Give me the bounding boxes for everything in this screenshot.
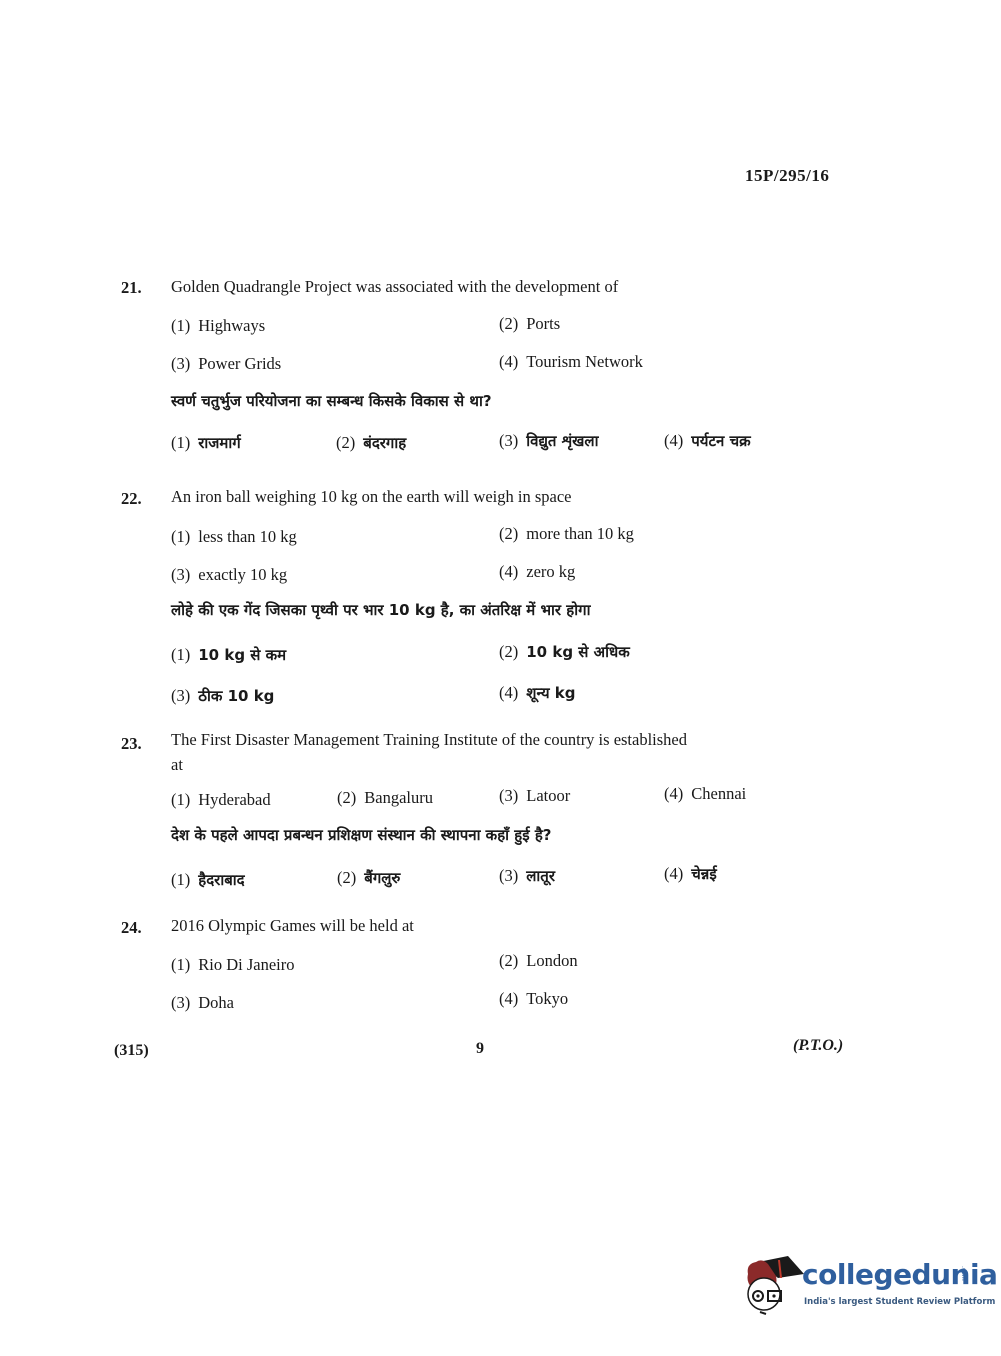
option: (4)Chennai bbox=[664, 784, 746, 804]
option: (3)exactly 10 kg bbox=[171, 565, 287, 585]
option: (2)10 kg से अधिक bbox=[499, 642, 630, 662]
question-text-hi: स्वर्ण चतुर्भुज परियोजना का सम्बन्ध किसक… bbox=[171, 391, 492, 411]
option: (2)Ports bbox=[499, 314, 560, 334]
question-text-en: 2016 Olympic Games will be held at bbox=[171, 916, 414, 936]
option: (1)10 kg से कम bbox=[171, 645, 286, 665]
mascot-icon bbox=[742, 1252, 804, 1318]
question-number: 21. bbox=[121, 278, 142, 298]
option: (4)पर्यटन चक्र bbox=[664, 431, 751, 451]
option: (4)शून्य kg bbox=[499, 683, 576, 703]
question-number: 22. bbox=[121, 489, 142, 509]
collegedunia-logo: collegedunia .com India's largest Studen… bbox=[742, 1252, 972, 1322]
option: (2)Bangaluru bbox=[337, 788, 433, 808]
option: (1)less than 10 kg bbox=[171, 527, 297, 547]
option: (3)ठीक 10 kg bbox=[171, 686, 274, 706]
question-text-hi: देश के पहले आपदा प्रबन्धन प्रशिक्षण संस्… bbox=[171, 825, 552, 845]
footer-code: (315) bbox=[114, 1042, 149, 1060]
option: (1)हैदराबाद bbox=[171, 870, 245, 890]
option: (4)Tourism Network bbox=[499, 352, 643, 372]
question-text-en-cont: at bbox=[171, 755, 183, 775]
option: (2)London bbox=[499, 951, 578, 971]
option: (3)Power Grids bbox=[171, 354, 281, 374]
brand-suffix: .com bbox=[960, 1266, 967, 1281]
option: (1)Hyderabad bbox=[171, 790, 271, 810]
question-text-en: The First Disaster Management Training I… bbox=[171, 730, 687, 750]
option: (4)Tokyo bbox=[499, 989, 568, 1009]
option: (2)बंदरगाह bbox=[336, 433, 406, 453]
question-text-en: An iron ball weighing 10 kg on the earth… bbox=[171, 487, 572, 507]
page-number: 9 bbox=[476, 1040, 484, 1058]
question-text-hi: लोहे की एक गेंद जिसका पृथ्वी पर भार 10 k… bbox=[171, 600, 590, 620]
option: (2)more than 10 kg bbox=[499, 524, 634, 544]
brand-name: collegedunia bbox=[802, 1258, 997, 1291]
brand-tagline: India's largest Student Review Platform bbox=[804, 1297, 995, 1307]
option: (3)Latoor bbox=[499, 786, 570, 806]
option: (1)राजमार्ग bbox=[171, 433, 241, 453]
option: (3)Doha bbox=[171, 993, 234, 1013]
option: (3)लातूर bbox=[499, 866, 555, 886]
question-text-en: Golden Quadrangle Project was associated… bbox=[171, 277, 618, 297]
question-number: 24. bbox=[121, 918, 142, 938]
option: (1)Rio Di Janeiro bbox=[171, 955, 295, 975]
option: (1)Highways bbox=[171, 316, 265, 336]
option: (4)चेन्नई bbox=[664, 864, 717, 884]
option: (3)विद्युत शृंखला bbox=[499, 431, 598, 451]
pto-label: (P.T.O.) bbox=[793, 1037, 843, 1055]
question-number: 23. bbox=[121, 734, 142, 754]
option: (4)zero kg bbox=[499, 562, 575, 582]
page-code: 15P/295/16 bbox=[745, 166, 829, 186]
option: (2)बैंगलुरु bbox=[337, 868, 400, 888]
